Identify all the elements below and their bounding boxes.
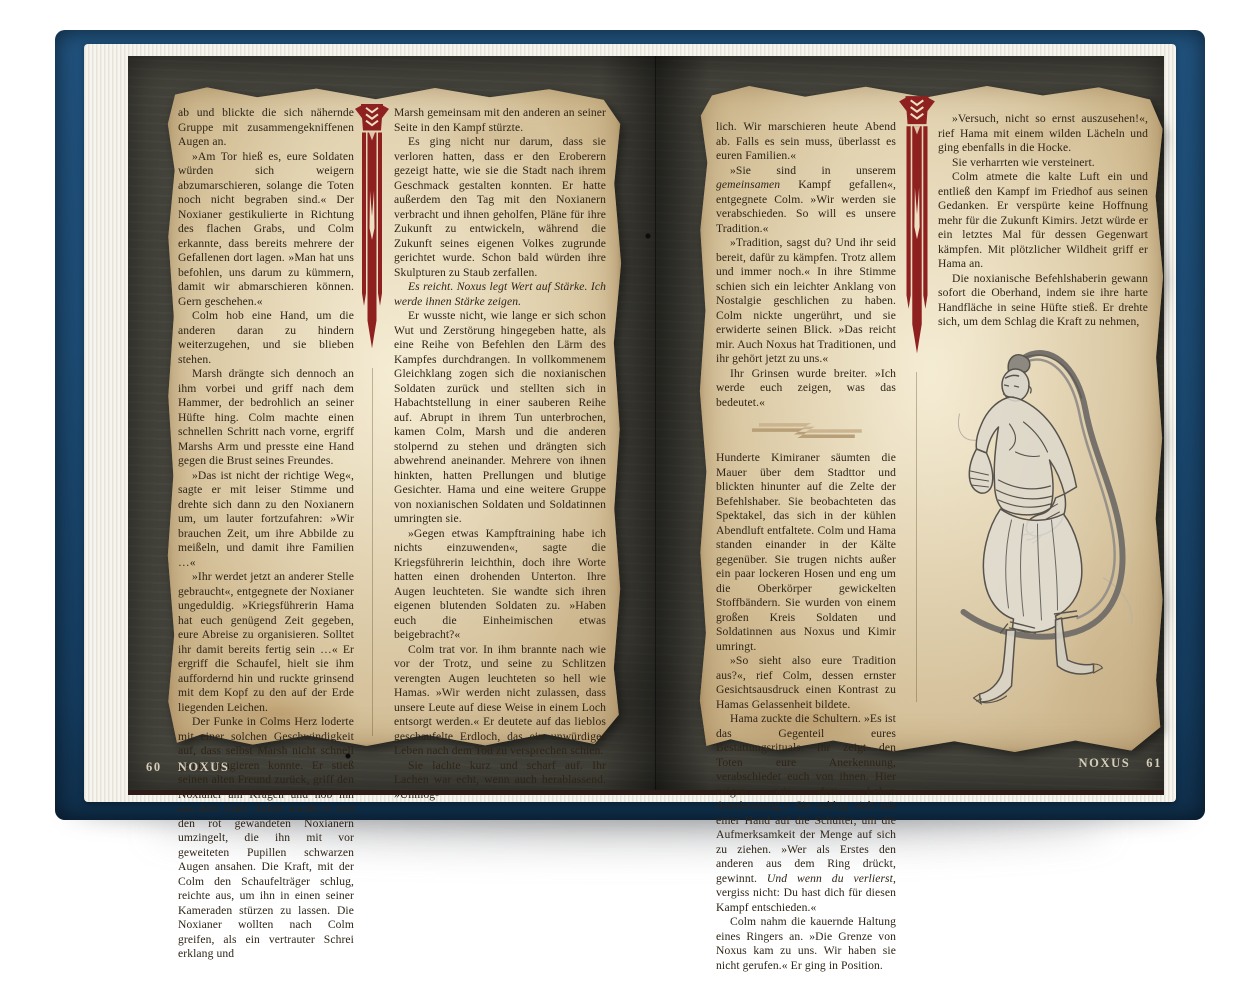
paragraph: »Tradition, sagst du? Und ihr seid berei… [716, 236, 896, 367]
paragraph: Sie lachte kurz und scharf auf. Ihr Lach… [394, 759, 606, 803]
paragraph: Es reicht. Noxus legt Wert auf Stärke. I… [394, 280, 606, 309]
dagger-ornament-icon [896, 92, 938, 372]
paragraph: »So sieht also eure Tradition aus?«, rie… [716, 654, 896, 712]
paragraph: »Das ist nicht der richtige Weg«, sagte … [178, 469, 354, 571]
paragraph: Der Funke in Colms Herz loderte mit eine… [178, 715, 354, 962]
paragraph: Colm nahm die kauernde Haltung eines Rin… [716, 915, 896, 973]
paragraph: Hunderte Kimiraner säumten die Mauer übe… [716, 451, 896, 654]
right-page-column-1: lich. Wir marschieren heute Abend ab. Fa… [716, 120, 896, 973]
left-page-column-2: Marsh gemeinsam mit den anderen an seine… [394, 106, 606, 802]
paragraph: Colm hob eine Hand, um die anderen daran… [178, 309, 354, 367]
zigzag-divider-icon [745, 419, 867, 443]
book-photo: ab und blickte die sich nähernde Gruppe … [0, 0, 1240, 1000]
wrestler-illustration [952, 328, 1150, 748]
section-label: NOXUS [1079, 756, 1131, 770]
paragraph: Die noxianische Befehlshaberin gewann so… [938, 272, 1148, 330]
paragraph: Marsh drängte sich dennoch an ihm vorbei… [178, 367, 354, 469]
paragraph: Sie verharrten wie versteinert. [938, 156, 1148, 171]
page-number: 61 [1146, 756, 1162, 770]
right-page-footer: NOXUS61 [960, 756, 1162, 771]
right-column-1-bottom: Hunderte Kimiraner säumten die Mauer übe… [716, 451, 896, 973]
right-page-column-2: »Versuch, nicht so ernst auszusehen!«, r… [938, 112, 1148, 330]
paragraph: »Ihr werdet jetzt an anderer Stelle gebr… [178, 570, 354, 715]
paragraph: Colm trat vor. In ihm brannte nach wie v… [394, 643, 606, 759]
paragraph: Hama zuckte die Schultern. »Es ist das G… [716, 712, 896, 915]
paragraph: »Versuch, nicht so ernst auszusehen!«, r… [938, 112, 1148, 156]
paragraph: Er wusste nicht, wie lange er sich schon… [394, 309, 606, 527]
section-label: NOXUS [178, 760, 230, 774]
left-page-footer: 60NOXUS [146, 760, 229, 775]
paragraph: Es ging nicht nur darum, dass sie verlor… [394, 135, 606, 280]
paragraph: »Gegen etwas Kampftraining habe ich nich… [394, 527, 606, 643]
paragraph: »Am Tor hieß es, eure Soldaten würden si… [178, 150, 354, 310]
paragraph: Marsh gemeinsam mit den anderen an seine… [394, 106, 606, 135]
dagger-ornament-icon [352, 100, 392, 366]
spine-fold-line [655, 56, 656, 790]
paragraph: ab und blickte die sich nähernde Gruppe … [178, 106, 354, 150]
column-divider-line [916, 372, 917, 702]
left-page-column-1: ab und blickte die sich nähernde Gruppe … [178, 106, 354, 962]
right-column-1-top: lich. Wir marschieren heute Abend ab. Fa… [716, 120, 896, 410]
paragraph: Ihr Grinsen wurde breiter. »Ich werde eu… [716, 367, 896, 411]
paragraph: lich. Wir marschieren heute Abend ab. Fa… [716, 120, 896, 164]
column-divider-line [372, 368, 373, 736]
paragraph: Colm atmete die kalte Luft ein und entli… [938, 170, 1148, 272]
paragraph: »Sie sind in unserem gemeinsamen Kampf g… [716, 164, 896, 237]
page-number: 60 [146, 760, 162, 774]
